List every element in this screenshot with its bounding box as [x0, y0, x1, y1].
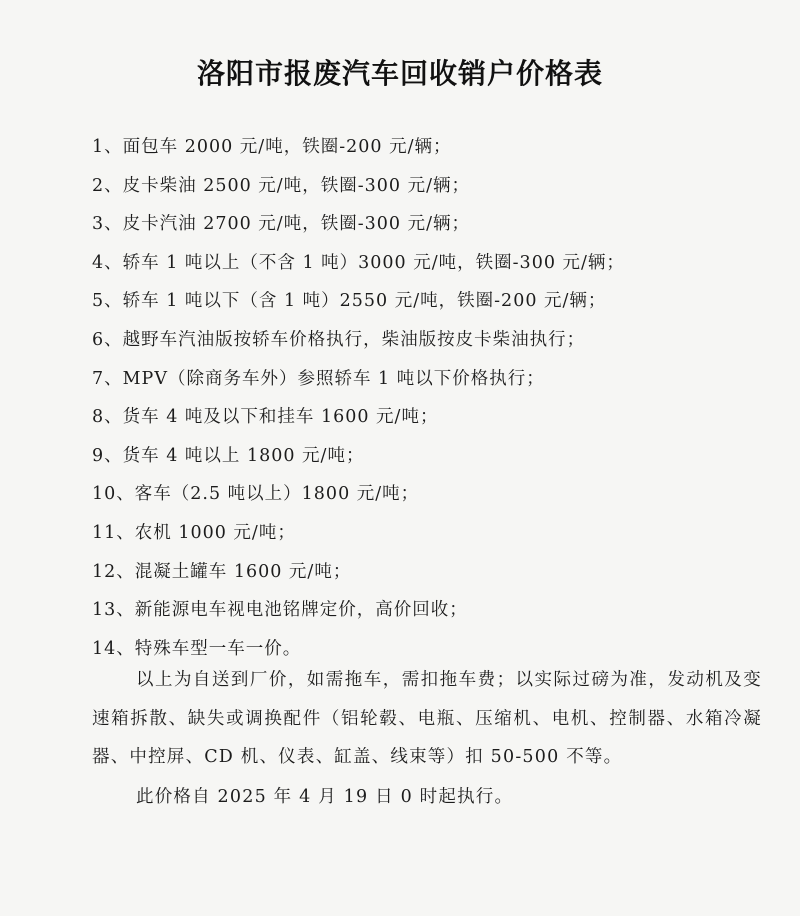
document-title: 洛阳市报废汽车回收销户价格表 — [0, 52, 800, 92]
price-item: 10、客车（2.5 吨以上）1800 元/吨； — [92, 475, 625, 514]
price-item: 5、轿车 1 吨以下（含 1 吨）2550 元/吨，铁圈-200 元/辆； — [92, 282, 625, 321]
price-item: 4、轿车 1 吨以上（不含 1 吨）3000 元/吨，铁圈-300 元/辆； — [92, 244, 625, 283]
notes-section: 以上为自送到厂价，如需拖车，需扣拖车费；以实际过磅为准，发动机及变速箱拆散、缺失… — [92, 661, 762, 816]
deduction-note: 以上为自送到厂价，如需拖车，需扣拖车费；以实际过磅为准，发动机及变速箱拆散、缺失… — [92, 661, 762, 777]
price-item: 2、皮卡柴油 2500 元/吨，铁圈-300 元/辆； — [92, 167, 625, 206]
price-item: 12、混凝土罐车 1600 元/吨； — [92, 553, 625, 592]
price-item: 13、新能源电车视电池铭牌定价，高价回收； — [92, 591, 625, 630]
price-item: 1、面包车 2000 元/吨，铁圈-200 元/辆； — [92, 128, 625, 167]
price-document: 洛阳市报废汽车回收销户价格表 1、面包车 2000 元/吨，铁圈-200 元/辆… — [0, 0, 800, 916]
price-item: 11、农机 1000 元/吨； — [92, 514, 625, 553]
price-item: 6、越野车汽油版按轿车价格执行，柴油版按皮卡柴油执行； — [92, 321, 625, 360]
price-list: 1、面包车 2000 元/吨，铁圈-200 元/辆； 2、皮卡柴油 2500 元… — [92, 128, 625, 668]
price-item: 8、货车 4 吨及以下和挂车 1600 元/吨； — [92, 398, 625, 437]
price-item: 9、货车 4 吨以上 1800 元/吨； — [92, 437, 625, 476]
price-item: 3、皮卡汽油 2700 元/吨，铁圈-300 元/辆； — [92, 205, 625, 244]
effective-date-note: 此价格自 2025 年 4 月 19 日 0 时起执行。 — [92, 778, 762, 817]
price-item: 7、MPV（除商务车外）参照轿车 1 吨以下价格执行； — [92, 360, 625, 399]
